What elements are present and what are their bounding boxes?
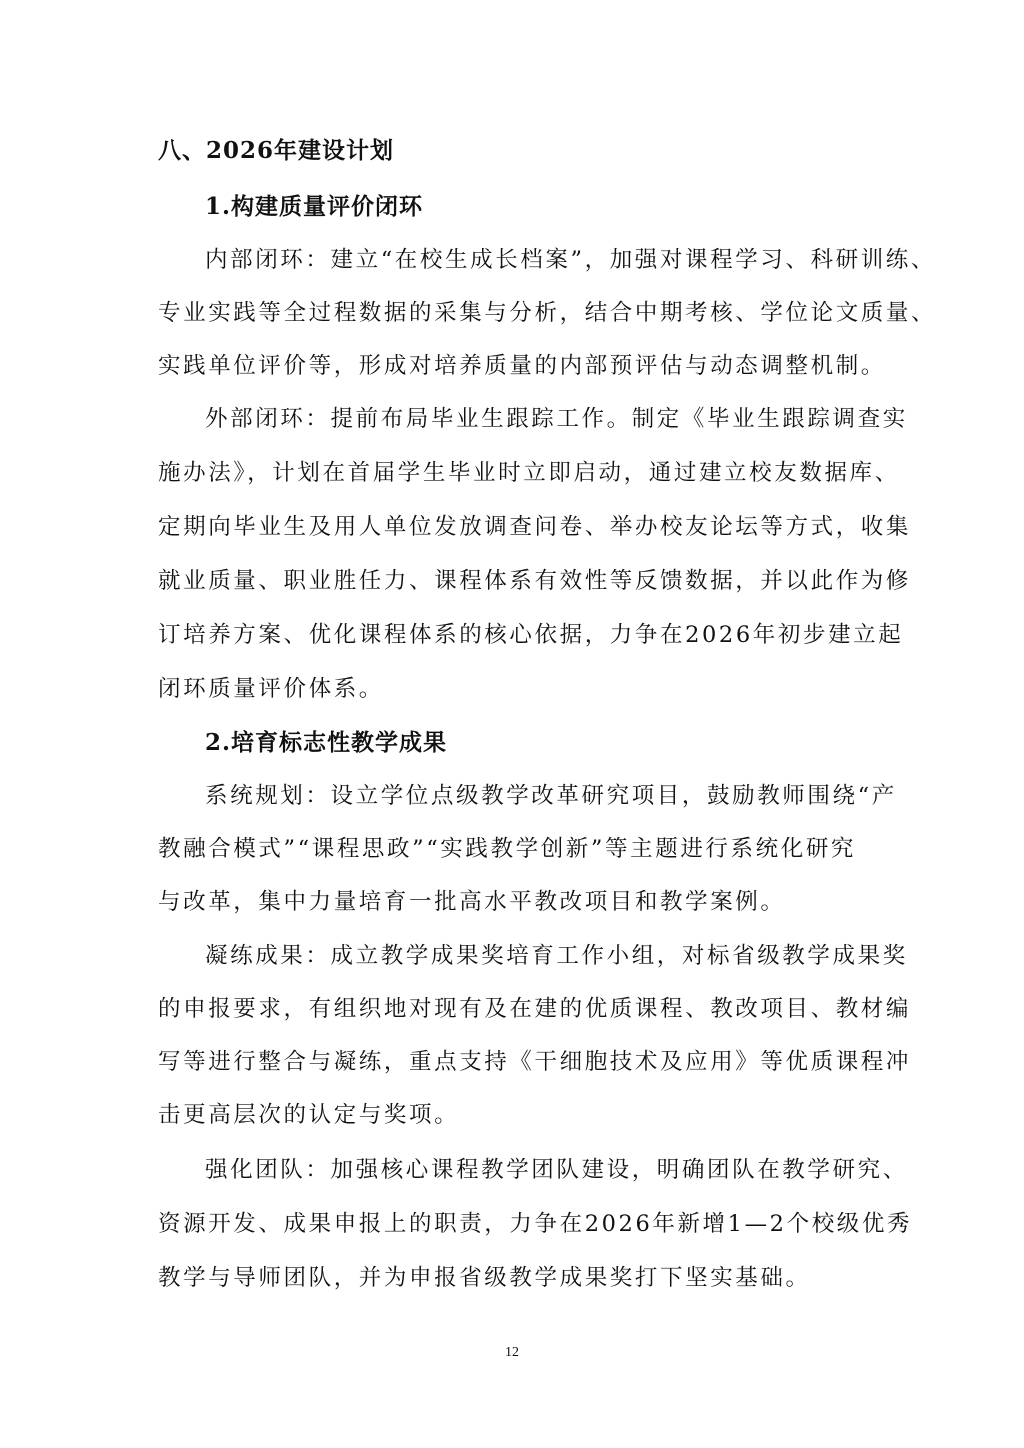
paragraph-line: 外部闭环：提前布局毕业生跟踪工作。制定《毕业生跟踪调查实 xyxy=(205,404,870,434)
section-title: 八、2026年建设计划 xyxy=(158,136,870,166)
paragraph-line: 写等进行整合与凝练，重点支持《干细胞技术及应用》等优质课程冲 xyxy=(158,1047,870,1077)
paragraph-line: 与改革，集中力量培育一批高水平教改项目和教学案例。 xyxy=(158,887,870,917)
paragraph-line: 资源开发、成果申报上的职责，力争在2026年新增1—2个校级优秀 xyxy=(158,1209,870,1239)
paragraph-line: 内部闭环：建立“在校生成长档案”，加强对课程学习、科研训练、 xyxy=(205,245,870,275)
paragraph-line: 实践单位评价等，形成对培养质量的内部预评估与动态调整机制。 xyxy=(158,351,870,381)
paragraph-line: 订培养方案、优化课程体系的核心依据，力争在2026年初步建立起 xyxy=(158,620,870,650)
paragraph-line: 施办法》，计划在首届学生毕业时立即启动，通过建立校友数据库、 xyxy=(158,458,870,488)
document-page: 八、2026年建设计划 1.构建质量评价闭环 内部闭环：建立“在校生成长档案”，… xyxy=(0,0,1024,1448)
paragraph-line: 教融合模式”“课程思政”“实践教学创新”等主题进行系统化研究 xyxy=(158,834,870,864)
page-number: 12 xyxy=(0,1344,1024,1362)
paragraph-line: 专业实践等全过程数据的采集与分析，结合中期考核、学位论文质量、 xyxy=(158,298,870,328)
subsection-title-teaching-achievements: 2.培育标志性教学成果 xyxy=(205,728,870,758)
paragraph-line: 击更高层次的认定与奖项。 xyxy=(158,1100,870,1130)
subsection-title-quality-evaluation: 1.构建质量评价闭环 xyxy=(205,192,870,222)
paragraph-line: 的申报要求，有组织地对现有及在建的优质课程、教改项目、教材编 xyxy=(158,994,870,1024)
paragraph-line: 闭环质量评价体系。 xyxy=(158,674,870,704)
paragraph-line: 就业质量、职业胜任力、课程体系有效性等反馈数据，并以此作为修 xyxy=(158,566,870,596)
paragraph-line: 定期向毕业生及用人单位发放调查问卷、举办校友论坛等方式，收集 xyxy=(158,512,870,542)
paragraph-line: 系统规划：设立学位点级教学改革研究项目，鼓励教师围绕“产 xyxy=(205,781,870,811)
paragraph-line: 强化团队：加强核心课程教学团队建设，明确团队在教学研究、 xyxy=(205,1155,870,1185)
paragraph-line: 教学与导师团队，并为申报省级教学成果奖打下坚实基础。 xyxy=(158,1263,870,1293)
paragraph-line: 凝练成果：成立教学成果奖培育工作小组，对标省级教学成果奖 xyxy=(205,941,870,971)
